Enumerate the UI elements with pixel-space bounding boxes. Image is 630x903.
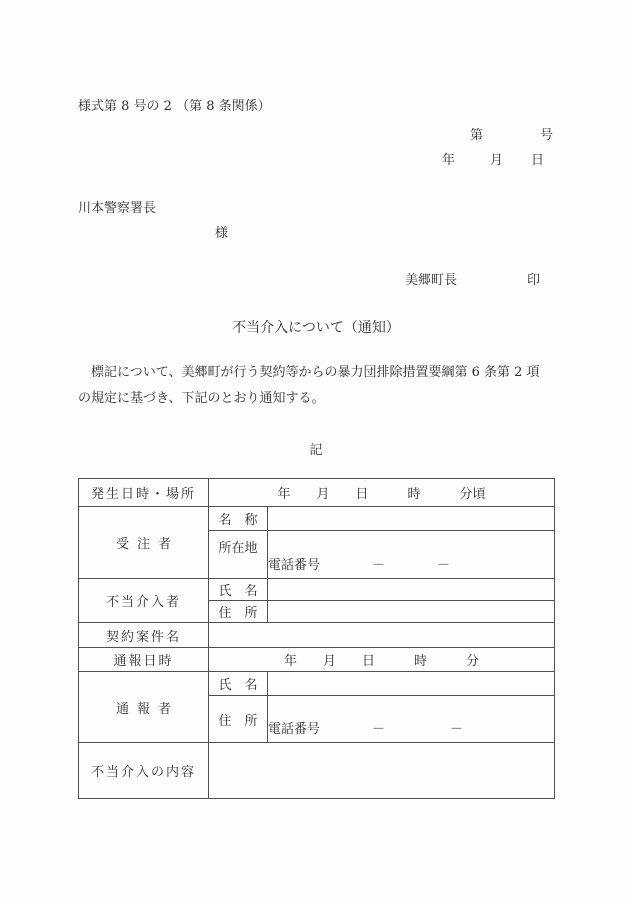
intervener-address-value-cell: [268, 601, 555, 623]
date-year-label: 年: [442, 149, 455, 168]
recipient-name: 川本警察署長: [78, 197, 156, 216]
intervener-address-label-cell: 住 所: [209, 601, 268, 623]
contractor-label-cell: 受注者: [79, 507, 209, 579]
doc-number-suffix: 号: [540, 124, 553, 143]
body-line-1: 標記について、美郷町が行う契約等からの暴力団排除措置要綱第 6 条第 2 項: [78, 360, 556, 386]
doc-number-prefix: 第: [470, 124, 483, 143]
contract-name-label-cell: 契約案件名: [79, 623, 209, 648]
date-line: 年 月 日: [78, 149, 554, 165]
contractor-address-label-cell: 所在地: [209, 531, 268, 579]
intervener-name-value-cell: [268, 579, 555, 601]
sender-seal: 印: [527, 269, 540, 288]
contractor-address-value-cell: 電話番号 － －: [268, 531, 555, 579]
contractor-name-value-cell: [268, 507, 555, 531]
reporter-address-label-cell: 住 所: [209, 696, 268, 743]
table-row: 発生日時・場所 年 月 日 時 分頃: [79, 479, 555, 507]
table-row: 通報者 氏 名: [79, 672, 555, 696]
notification-table: 発生日時・場所 年 月 日 時 分頃 受注者 名 称 所在地 電話番号 － － …: [78, 478, 555, 799]
reporter-label-cell: 通報者: [79, 672, 209, 743]
intervener-name-label-cell: 氏 名: [209, 579, 268, 601]
body-paragraph: 標記について、美郷町が行う契約等からの暴力団排除措置要綱第 6 条第 2 項 の…: [78, 360, 556, 412]
occurrence-label-cell: 発生日時・場所: [79, 479, 209, 507]
date-day-label: 日: [531, 149, 544, 168]
table-row: 受注者 名 称: [79, 507, 555, 531]
form-number: 様式第 8 号の 2 （第 8 条関係）: [78, 95, 271, 114]
occurrence-value-cell: 年 月 日 時 分頃: [209, 479, 555, 507]
reporter-name-label-cell: 氏 名: [209, 672, 268, 696]
document-page: 様式第 8 号の 2 （第 8 条関係） 第 号 年 月 日 川本警察署長 様 …: [0, 0, 630, 903]
report-time-label-cell: 通報日時: [79, 648, 209, 672]
content-label-cell: 不当介入の内容: [79, 743, 209, 799]
report-time-value-cell: 年 月 日 時 分: [209, 648, 555, 672]
table-row: 契約案件名: [79, 623, 555, 648]
contractor-phone-line: 電話番号 － －: [268, 558, 450, 573]
ki-marker: 記: [78, 439, 554, 458]
reporter-phone-line: 電話番号 － －: [268, 722, 463, 737]
contractor-name-label-cell: 名 称: [209, 507, 268, 531]
intervener-label-cell: 不当介入者: [79, 579, 209, 623]
content-value-cell: [209, 743, 555, 799]
sender-name: 美郷町長: [405, 269, 457, 288]
recipient-honorific: 様: [215, 222, 228, 241]
table-row: 不当介入の内容: [79, 743, 555, 799]
reporter-address-value-cell: 電話番号 － －: [268, 696, 555, 743]
document-title: 不当介入について（通知）: [78, 317, 554, 337]
doc-number-line: 第 号: [78, 124, 554, 140]
body-line-2: の規定に基づき、下記のとおり通知する。: [78, 386, 556, 412]
table-row: 通報日時 年 月 日 時 分: [79, 648, 555, 672]
date-month-label: 月: [490, 149, 503, 168]
table-row: 不当介入者 氏 名: [79, 579, 555, 601]
reporter-name-value-cell: [268, 672, 555, 696]
contract-name-value-cell: [209, 623, 555, 648]
sender-line: 美郷町長 印: [78, 269, 554, 285]
